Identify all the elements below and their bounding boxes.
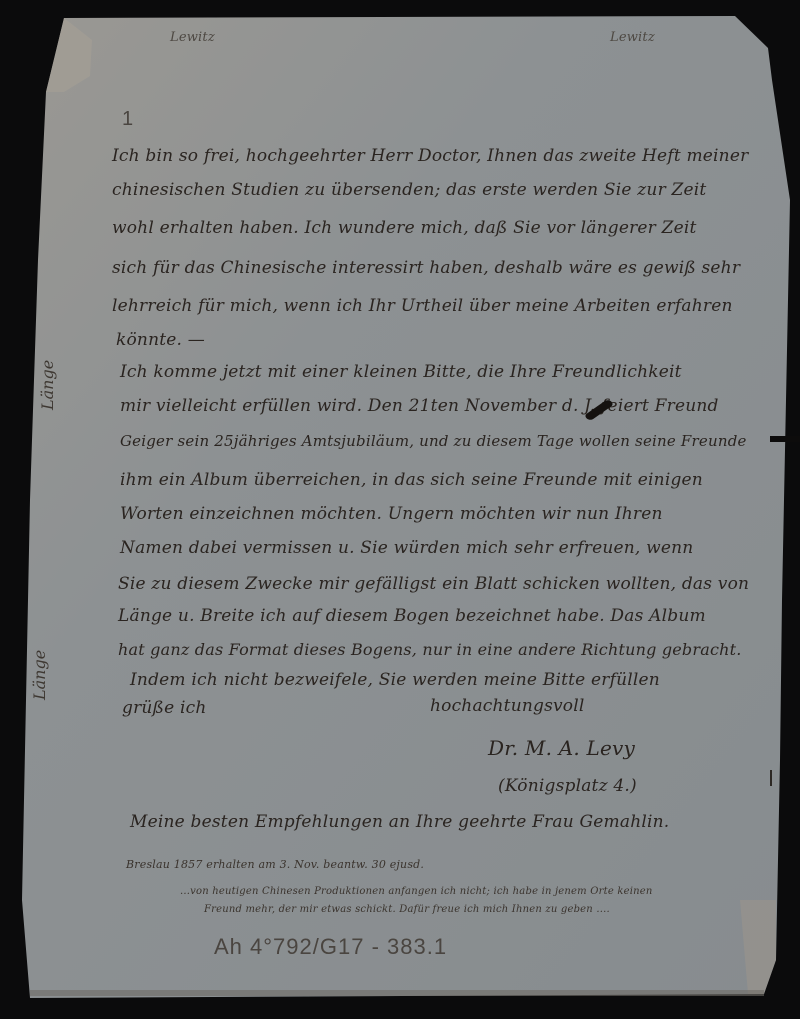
body-line-17: grüße ich (122, 698, 206, 718)
shelfmark: Ah 4°792/G17 - 383.1 (214, 934, 447, 960)
header-annotation-left: Lewitz (170, 30, 215, 45)
body-line-15: hat ganz das Format dieses Bogens, nur i… (118, 640, 742, 659)
body-line-11: Worten einzeichnen möchten. Ungern möcht… (120, 504, 663, 524)
margin-note-left-upper: Länge (38, 360, 57, 410)
postscript: Meine besten Empfehlungen an Ihre geehrt… (130, 812, 669, 832)
header-annotation-right: Lewitz (610, 30, 655, 45)
paper-notch (770, 436, 800, 442)
body-line-9: Geiger sein 25jähriges Amtsjubiläum, und… (120, 432, 747, 450)
archival-note-line-1: Breslau 1857 erhalten am 3. Nov. beantw.… (126, 858, 424, 871)
body-line-13: Sie zu diesem Zwecke mir gefälligst ein … (118, 574, 749, 594)
signature-address: (Königsplatz 4.) (498, 776, 637, 796)
body-line-14: Länge u. Breite ich auf diesem Bogen bez… (118, 606, 706, 626)
body-line-10: ihm ein Album überreichen, in das sich s… (120, 470, 703, 490)
margin-tick-mark (770, 770, 772, 786)
body-line-16: Indem ich nicht bezweifele, Sie werden m… (130, 670, 660, 690)
body-line-2: chinesischen Studien zu übersenden; das … (112, 180, 706, 200)
body-line-4: sich für das Chinesische interessirt hab… (112, 258, 740, 278)
archival-note-line-2: ...von heutigen Chinesen Produktionen an… (180, 886, 653, 897)
body-line-7: Ich komme jetzt mit einer kleinen Bitte,… (120, 362, 682, 382)
body-line-1: Ich bin so frei, hochgeehrter Herr Docto… (112, 146, 748, 166)
body-line-6: könnte. — (116, 330, 205, 350)
signature: Dr. M. A. Levy (488, 736, 635, 760)
margin-note-left-lower: Länge (30, 650, 49, 700)
body-line-8: mir vielleicht erfüllen wird. Den 21ten … (120, 396, 719, 416)
body-line-5: lehrreich für mich, wenn ich Ihr Urtheil… (112, 296, 733, 316)
body-line-12: Namen dabei vermissen u. Sie würden mich… (120, 538, 693, 558)
archival-note-line-3: Freund mehr, der mir etwas schickt. Dafü… (204, 904, 610, 915)
page-number: 1 (122, 108, 133, 131)
valediction: hochachtungsvoll (430, 696, 585, 716)
scanned-document: Lewitz Lewitz 1 Ich bin so frei, hochgee… (0, 0, 800, 1019)
body-line-3: wohl erhalten haben. Ich wundere mich, d… (112, 218, 697, 238)
